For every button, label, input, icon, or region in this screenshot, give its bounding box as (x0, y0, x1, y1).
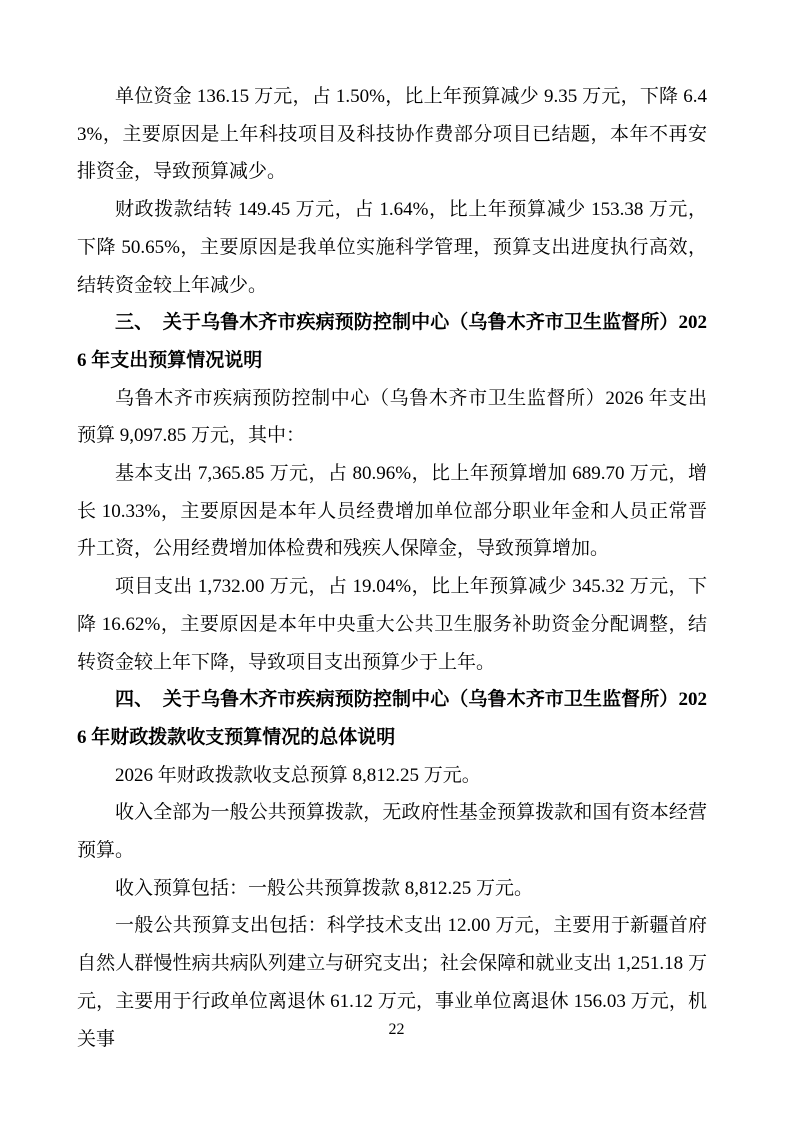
document-body: 单位资金 136.15 万元，占 1.50%，比上年预算减少 9.35 万元，下… (77, 78, 707, 1058)
document-page: 单位资金 136.15 万元，占 1.50%，比上年预算减少 9.35 万元，下… (0, 0, 793, 1122)
paragraph-fiscal-total-budget: 2026 年财政拨款收支总预算 8,812.25 万元。 (77, 757, 707, 795)
paragraph-basic-expenditure: 基本支出 7,365.85 万元，占 80.96%，比上年预算增加 689.70… (77, 455, 707, 568)
paragraph-unit-funds: 单位资金 136.15 万元，占 1.50%，比上年预算减少 9.35 万元，下… (77, 78, 707, 191)
page-number: 22 (0, 1020, 793, 1040)
paragraph-revenue-source: 收入全部为一般公共预算拨款，无政府性基金预算拨款和国有资本经营预算。 (77, 794, 707, 869)
section-heading-4-fiscal-appropriation: 四、 关于乌鲁木齐市疾病预防控制中心（乌鲁木齐市卫生监督所）2026 年财政拨款… (77, 681, 707, 756)
paragraph-expenditure-total: 乌鲁木齐市疾病预防控制中心（乌鲁木齐市卫生监督所）2026 年支出预算 9,09… (77, 380, 707, 455)
paragraph-project-expenditure: 项目支出 1,732.00 万元，占 19.04%，比上年预算减少 345.32… (77, 568, 707, 681)
paragraph-fiscal-carryover: 财政拨款结转 149.45 万元，占 1.64%，比上年预算减少 153.38 … (77, 191, 707, 304)
section-heading-3-expenditure-budget: 三、 关于乌鲁木齐市疾病预防控制中心（乌鲁木齐市卫生监督所）2026 年支出预算… (77, 304, 707, 379)
paragraph-revenue-budget-includes: 收入预算包括：一般公共预算拨款 8,812.25 万元。 (77, 870, 707, 908)
